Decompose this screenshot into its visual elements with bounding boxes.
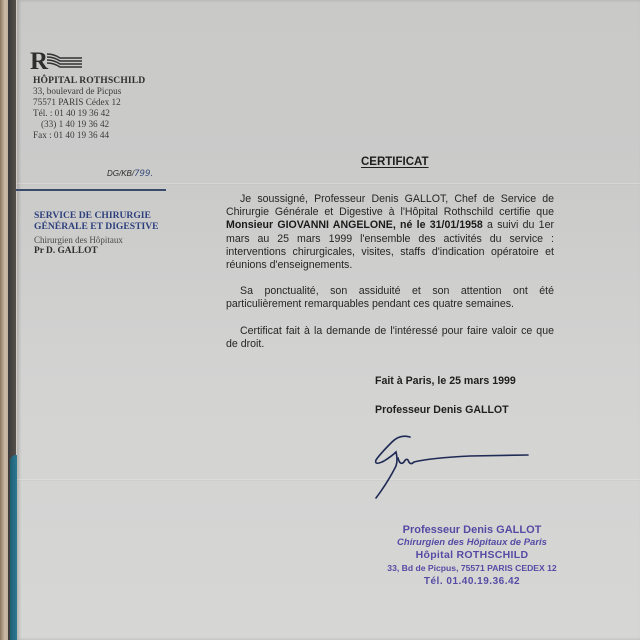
header-divider <box>16 189 166 191</box>
paragraph: Certificat fait à la demande de l'intére… <box>226 325 554 351</box>
letterhead: HÔPITAL ROTHSCHILD 33, boulevard de Picp… <box>33 75 145 141</box>
address-line: 33, boulevard de Picpus <box>33 86 145 97</box>
service-block: SERVICE DE CHIRURGIE GÉNÉRALE ET DIGESTI… <box>34 210 159 257</box>
paragraph-text: Je soussigné, Professeur Denis GALLOT, C… <box>226 193 554 218</box>
hospital-name: HÔPITAL ROTHSCHILD <box>33 75 145 86</box>
paragraph: Sa ponctualité, son assiduité et son att… <box>226 285 554 311</box>
paragraph: Je soussigné, Professeur Denis GALLOT, C… <box>226 193 554 272</box>
telephone: Tél. : 01 40 19 36 42 <box>33 108 145 119</box>
address-line: 75571 PARIS Cédex 12 <box>33 97 145 108</box>
signer-name: Professeur Denis GALLOT <box>375 404 509 416</box>
service-title: SERVICE DE CHIRURGIE <box>34 210 159 221</box>
document-title: CERTIFICAT <box>361 156 429 168</box>
stamp-line: Chirurgien des Hôpitaux de Paris <box>382 537 562 549</box>
hospital-logo-icon: R <box>30 48 82 72</box>
reference-printed: DG/KB/ <box>107 169 134 178</box>
photo-scene: R HÔPITAL ROTHSCHILD 33, boulevard de Pi… <box>0 0 640 640</box>
stamp-line: Tél. 01.40.19.36.42 <box>382 575 562 588</box>
place-and-date: Fait à Paris, le 25 mars 1999 <box>375 375 516 387</box>
official-stamp: Professeur Denis GALLOT Chirurgien des H… <box>382 524 562 588</box>
reference-handwritten: 799. <box>134 169 153 179</box>
table-edge <box>0 0 8 640</box>
certified-person: Monsieur GIOVANNI ANGELONE, né le 31/01/… <box>226 219 483 231</box>
stamp-line: 33, Bd de Picpus, 75571 PARIS CEDEX 12 <box>382 562 562 575</box>
telephone-intl: (33) 1 40 19 36 42 <box>33 119 145 130</box>
service-subtitle: Chirurgien des Hôpitaux <box>34 234 159 246</box>
service-title: GÉNÉRALE ET DIGESTIVE <box>34 221 159 232</box>
paper-fold-line <box>17 183 640 185</box>
signature-icon <box>370 430 550 505</box>
service-head: Pr D. GALLOT <box>34 246 159 257</box>
svg-text:R: R <box>30 48 49 72</box>
fax: Fax : 01 40 19 36 44 <box>33 130 145 141</box>
reference-number: DG/KB/799. <box>107 169 153 179</box>
stamp-line: Hôpital ROTHSCHILD <box>382 549 562 562</box>
stamp-line: Professeur Denis GALLOT <box>382 524 562 537</box>
certificate-body: Je soussigné, Professeur Denis GALLOT, C… <box>226 193 554 364</box>
